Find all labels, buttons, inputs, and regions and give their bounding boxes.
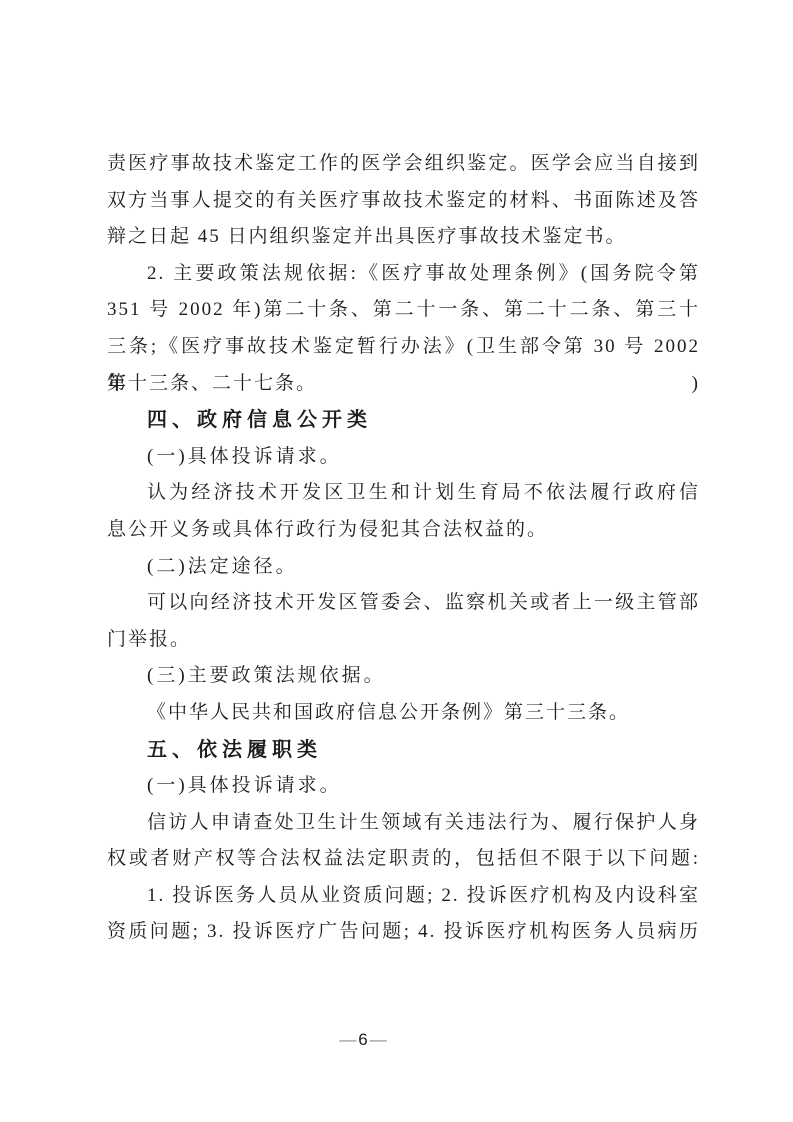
- section-lawful-duty: 五、依法履职类 (一)具体投诉请求。 信访人申请查处卫生计生领域有关违法行为、履…: [107, 732, 700, 952]
- text-line: 认为经济技术开发区卫生和计划生育局不依法履行政府信: [107, 475, 700, 512]
- page-number-left-dash: —: [339, 1030, 356, 1049]
- text-line: 《中华人民共和国政府信息公开条例》第三十三条。: [107, 695, 700, 732]
- text-line: 1. 投诉医务人员从业资质问题; 2. 投诉医疗机构及内设科室: [107, 878, 700, 915]
- page-number-right-dash: —: [370, 1030, 387, 1049]
- text-line: 三条;《医疗事故技术鉴定暂行办法》(卫生部令第 30 号 2002 年): [107, 329, 700, 366]
- text-line: 351 号 2002 年)第二十条、第二十一条、第二十二条、第三十: [107, 292, 700, 329]
- text-line: 资质问题; 3. 投诉医疗广告问题; 4. 投诉医疗机构医务人员病历: [107, 914, 700, 951]
- page-number-value: 6: [356, 1030, 369, 1049]
- text-line: 信访人申请查处卫生计生领域有关违法行为、履行保护人身: [107, 805, 700, 842]
- text-line: 责医疗事故技术鉴定工作的医学会组织鉴定。医学会应当自接到: [107, 146, 700, 183]
- item-heading: (三)主要政策法规依据。: [107, 658, 700, 695]
- document-page: 责医疗事故技术鉴定工作的医学会组织鉴定。医学会应当自接到 双方当事人提交的有关医…: [0, 0, 793, 1122]
- section-heading: 四、政府信息公开类: [107, 402, 700, 439]
- item-heading: (二)法定途径。: [107, 549, 700, 586]
- paragraph-continuation: 责医疗事故技术鉴定工作的医学会组织鉴定。医学会应当自接到 双方当事人提交的有关医…: [107, 146, 700, 256]
- text-line: 双方当事人提交的有关医疗事故技术鉴定的材料、书面陈述及答: [107, 183, 700, 220]
- text-line: 辩之日起 45 日内组织鉴定并出具医疗事故技术鉴定书。: [107, 219, 700, 256]
- paragraph-policy-basis: 2. 主要政策法规依据:《医疗事故处理条例》(国务院令第 351 号 2002 …: [107, 256, 700, 402]
- text-block: 责医疗事故技术鉴定工作的医学会组织鉴定。医学会应当自接到 双方当事人提交的有关医…: [107, 146, 700, 951]
- section-heading: 五、依法履职类: [107, 732, 700, 769]
- text-line: 息公开义务或具体行政行为侵犯其合法权益的。: [107, 512, 700, 549]
- page-number: —6—: [339, 1028, 386, 1052]
- text-line: 门举报。: [107, 622, 700, 659]
- item-heading: (一)具体投诉请求。: [107, 768, 700, 805]
- item-heading: (一)具体投诉请求。: [107, 439, 700, 476]
- text-line: 2. 主要政策法规依据:《医疗事故处理条例》(国务院令第: [107, 256, 700, 293]
- text-line: 权或者财产权等合法权益法定职责的，包括但不限于以下问题:: [107, 841, 700, 878]
- section-government-info: 四、政府信息公开类 (一)具体投诉请求。 认为经济技术开发区卫生和计划生育局不依…: [107, 402, 700, 731]
- text-line: 可以向经济技术开发区管委会、监察机关或者上一级主管部: [107, 585, 700, 622]
